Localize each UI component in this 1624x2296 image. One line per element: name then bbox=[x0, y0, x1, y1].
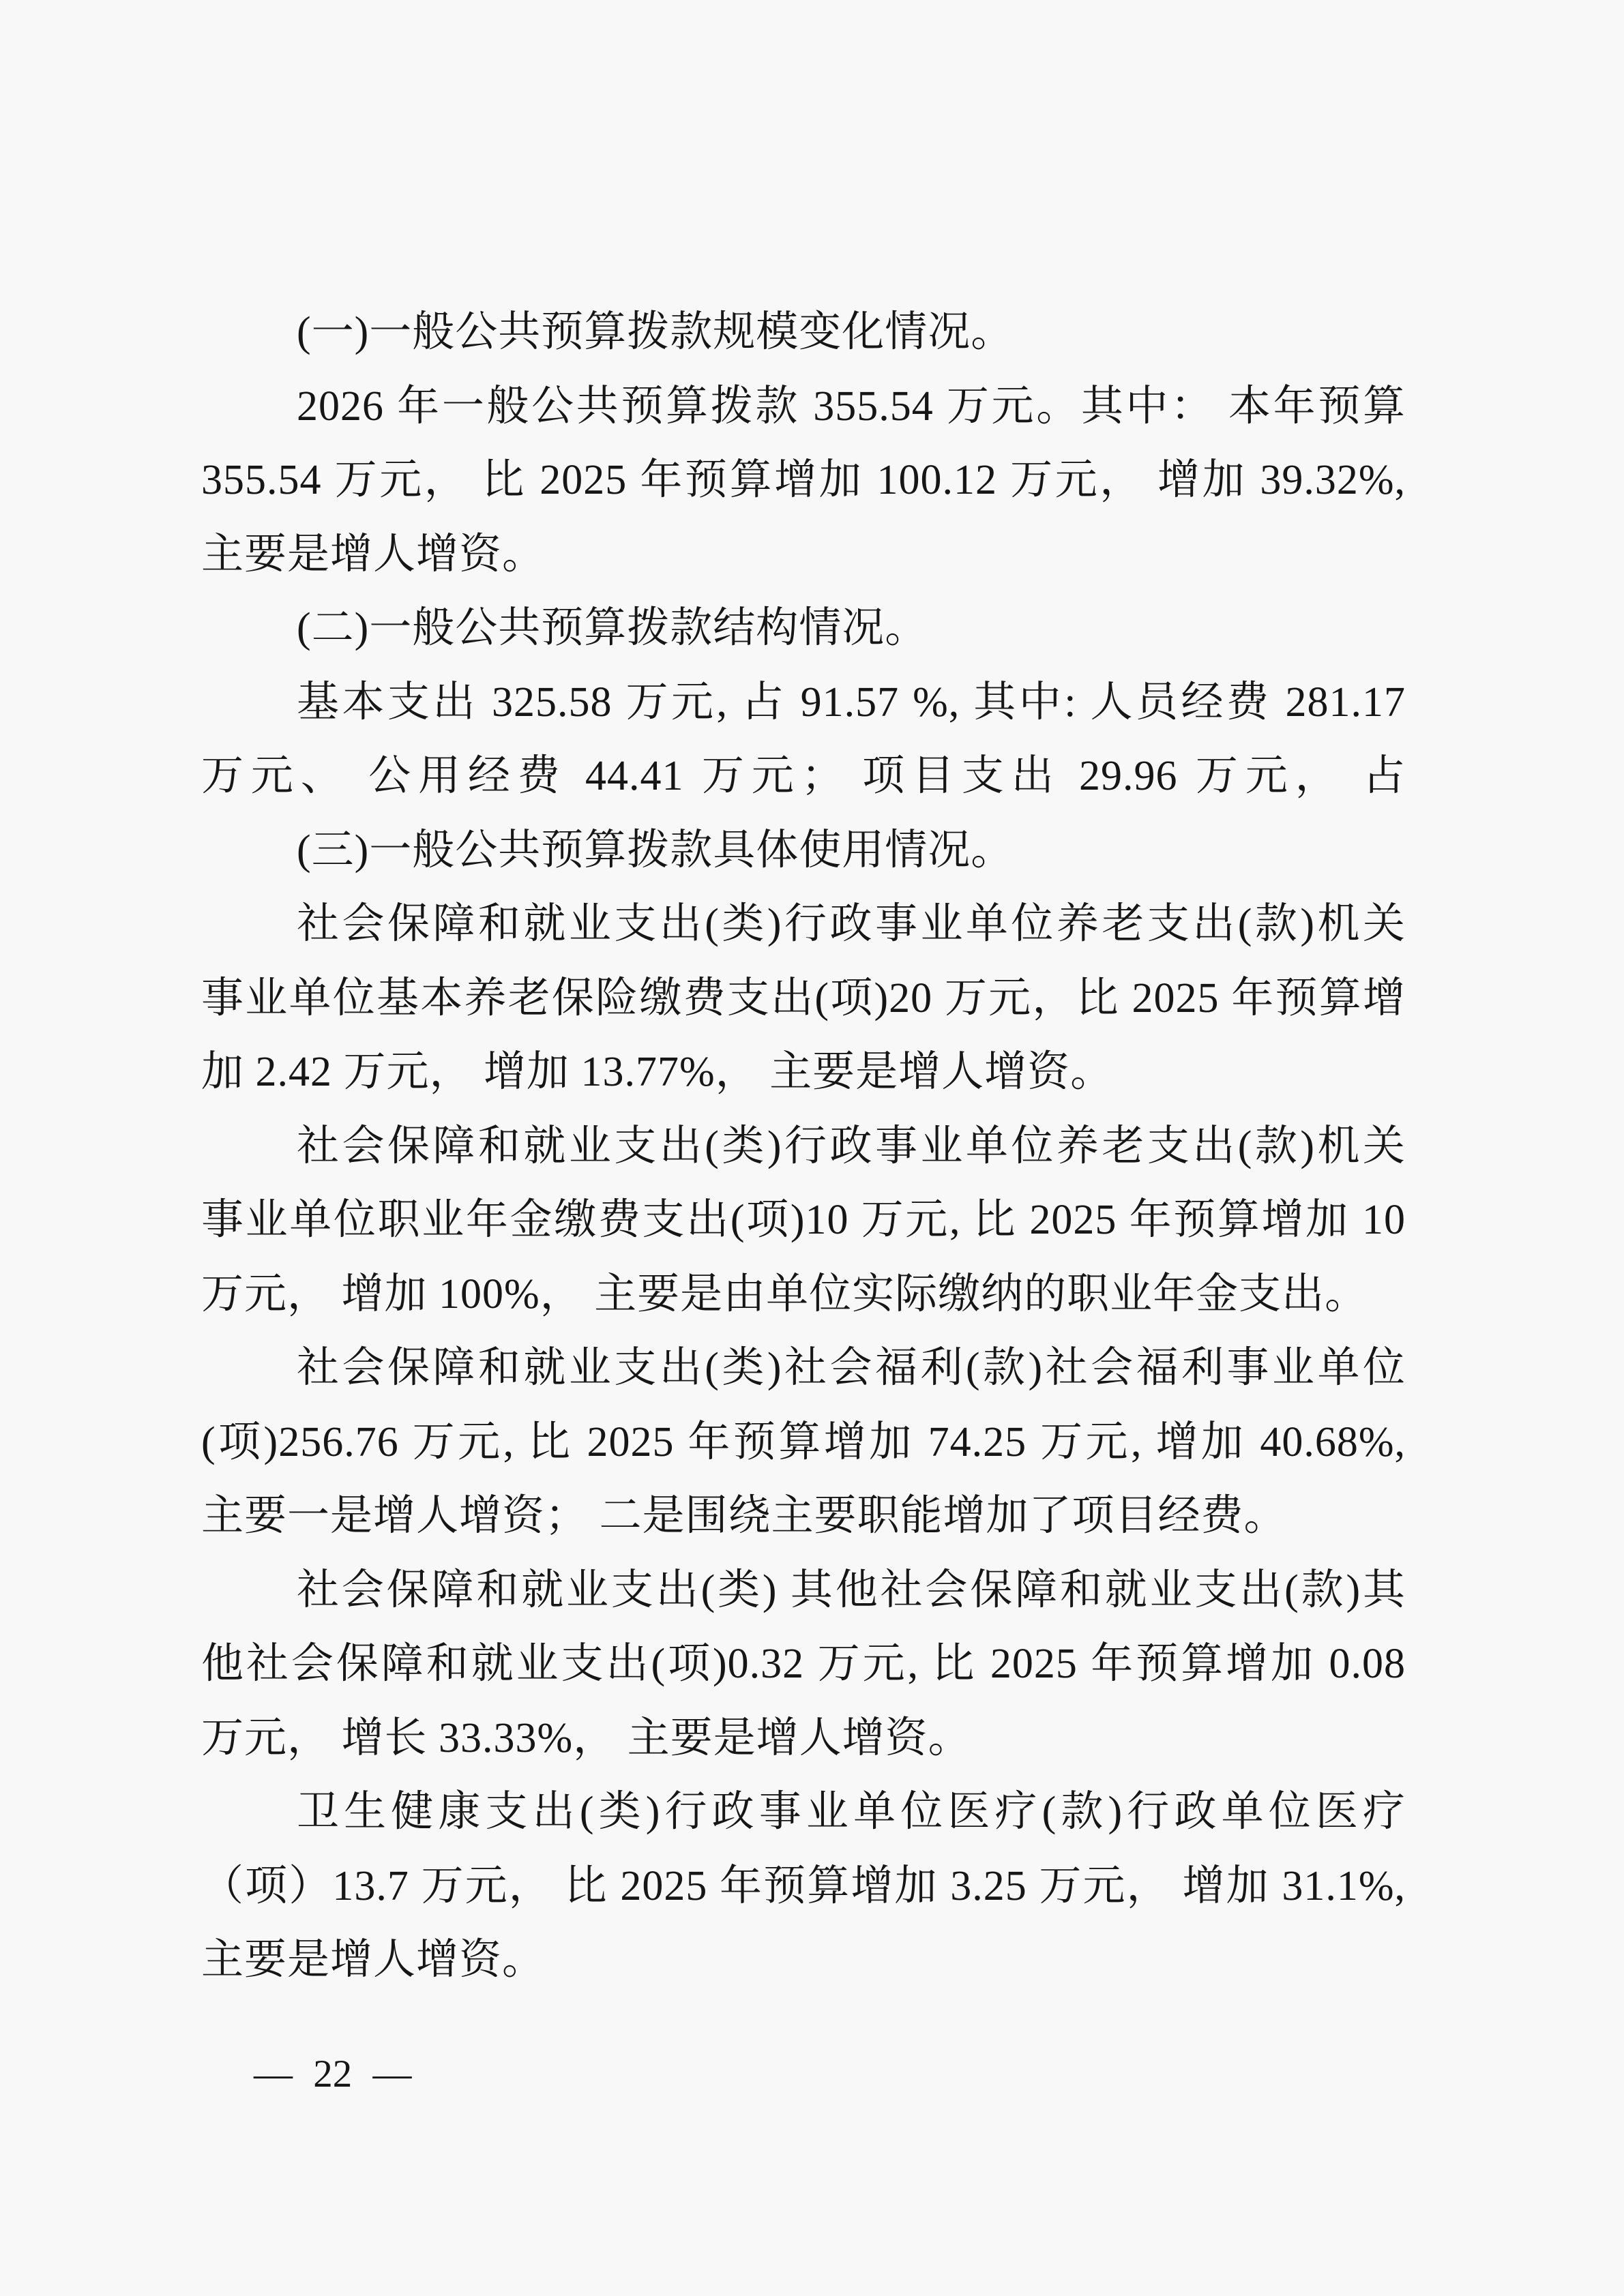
text-line: 社会保障和就业支出(类) 其他社会保障和就业支出(款)其 bbox=[201, 1553, 1406, 1628]
text-line: (项)256.76 万元, 比 2025 年预算增加 74.25 万元, 增加 … bbox=[201, 1405, 1406, 1480]
footer-left-dash: — bbox=[254, 2053, 293, 2096]
text-line: (二)一般公共预算拨款结构情况。 bbox=[201, 591, 1406, 666]
text-line: 社会保障和就业支出(类)行政事业单位养老支出(款)机关 bbox=[201, 1109, 1406, 1184]
text-line: 万元、 公用经费 44.41 万元； 项目支出 29.96 万元， 占 8.43… bbox=[201, 739, 1406, 814]
text-line: 主要是增人增资。 bbox=[201, 1923, 1406, 1997]
text-line: 他社会保障和就业支出(项)0.32 万元, 比 2025 年预算增加 0.08 bbox=[201, 1627, 1406, 1701]
text-line: 2026 年一般公共预算拨款 355.54 万元。其中： 本年预算 bbox=[201, 370, 1406, 444]
text-line: 主要一是增人增资； 二是围绕主要职能增加了项目经费。 bbox=[201, 1479, 1406, 1553]
text-line: 卫生健康支出(类)行政事业单位医疗(款)行政单位医疗 bbox=[201, 1775, 1406, 1849]
text-line: 事业单位职业年金缴费支出(项)10 万元, 比 2025 年预算增加 10 bbox=[201, 1183, 1406, 1257]
text-line: 主要是增人增资。 bbox=[201, 518, 1406, 592]
text-line: 社会保障和就业支出(类)社会福利(款)社会福利事业单位 bbox=[201, 1331, 1406, 1405]
document-page: (一)一般公共预算拨款规模变化情况。 2026 年一般公共预算拨款 355.54… bbox=[0, 0, 1624, 2296]
text-line: 基本支出 325.58 万元, 占 91.57 %, 其中: 人员经费 281.… bbox=[201, 666, 1406, 740]
page-number: 22 bbox=[313, 2053, 352, 2096]
text-line: 事业单位基本养老保险缴费支出(项)20 万元，比 2025 年预算增 bbox=[201, 961, 1406, 1036]
text-line: 社会保障和就业支出(类)行政事业单位养老支出(款)机关 bbox=[201, 887, 1406, 961]
text-line: 万元， 增加 100%， 主要是由单位实际缴纳的职业年金支出。 bbox=[201, 1257, 1406, 1332]
text-line: (一)一般公共预算拨款规模变化情况。 bbox=[201, 295, 1406, 370]
text-line: 355.54 万元， 比 2025 年预算增加 100.12 万元， 增加 39… bbox=[201, 443, 1406, 518]
page-footer: — 22 — bbox=[254, 2053, 412, 2096]
text-line: (三)一般公共预算拨款具体使用情况。 bbox=[201, 814, 1406, 888]
body-text: (一)一般公共预算拨款规模变化情况。 2026 年一般公共预算拨款 355.54… bbox=[201, 295, 1406, 1997]
text-line: 万元， 增长 33.33%， 主要是增人增资。 bbox=[201, 1701, 1406, 1776]
text-line: （项）13.7 万元， 比 2025 年预算增加 3.25 万元， 增加 31.… bbox=[201, 1849, 1406, 1924]
text-line: 加 2.42 万元， 增加 13.77%， 主要是增人增资。 bbox=[201, 1035, 1406, 1109]
footer-right-dash: — bbox=[373, 2053, 412, 2096]
